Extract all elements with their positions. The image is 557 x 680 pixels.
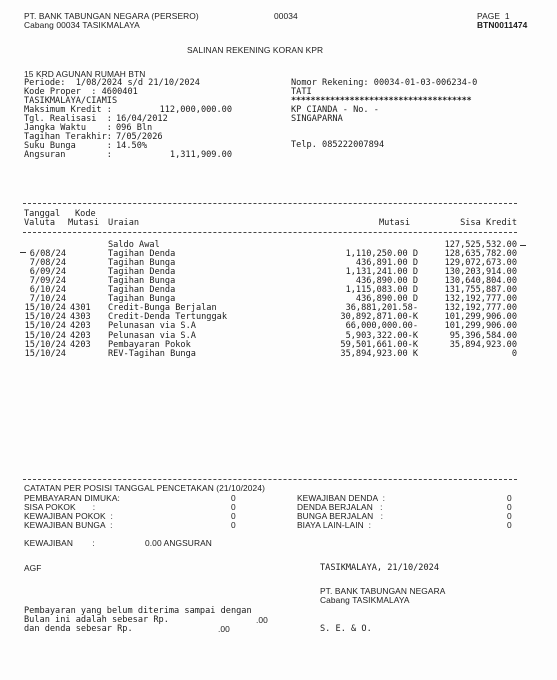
table-row: 15/10/24REV-Tagihan Bunga35,894,923.00 K… xyxy=(0,349,557,360)
margin-mark xyxy=(520,245,526,246)
branch-name: Cabang 00034 TASIKMALAYA xyxy=(24,20,140,31)
branch-code: 00034 xyxy=(274,11,298,22)
account-number: Nomor Rekening: 00034-01-03-006234-0 xyxy=(291,78,477,89)
margin-mark xyxy=(20,252,26,253)
transaction-amount: 35,894,923.00 K xyxy=(300,349,418,360)
note-line-3: dan denda sebesar Rp. xyxy=(24,624,133,635)
col-header-uraian: Uraian xyxy=(108,218,139,229)
document-title: SALINAN REKENING KORAN KPR xyxy=(187,45,323,56)
col-header-mutasi-code: Mutasi xyxy=(68,218,99,229)
customer-phone: Telp. 085222007894 xyxy=(291,140,384,151)
separator-line xyxy=(23,479,517,480)
loan-field-label: Angsuran : xyxy=(24,150,112,161)
note-line-2-value: .00 xyxy=(256,615,268,626)
remaining-balance: 0 xyxy=(430,349,517,360)
summary-value: 0 xyxy=(507,520,512,531)
kewajiban-label: KEWAJIBAN : xyxy=(24,538,95,549)
note-line-3-value: .00 xyxy=(218,624,230,635)
loan-field-value: 1,311,909.00 xyxy=(130,150,232,161)
col-header-mutasi: Mutasi xyxy=(350,218,410,229)
place-date: TASIKMALAYA, 21/10/2024 xyxy=(320,563,439,574)
summary-title: CATATAN PER POSISI TANGGAL PENCETAKAN (2… xyxy=(24,483,265,494)
summary-label: KEWAJIBAN BUNGA : xyxy=(24,520,113,531)
document-code: BTN0011474 xyxy=(477,20,527,31)
separator-line xyxy=(23,203,517,204)
transaction-date: 15/10/24 xyxy=(24,349,66,360)
col-header-valuta: Valuta xyxy=(24,218,55,229)
address-line-2: SINGAPARNA xyxy=(291,114,343,125)
col-header-sisa-kredit: Sisa Kredit xyxy=(430,218,517,229)
signer-branch: Cabang TASIKMALAYA xyxy=(320,595,410,606)
errors-omissions-note: S. E. & O. xyxy=(320,624,372,635)
summary-value: 0 xyxy=(231,520,236,531)
kewajiban-value: 0.00 ANGSURAN xyxy=(145,538,212,549)
transaction-description: REV-Tagihan Bunga xyxy=(108,349,196,360)
summary-label: BIAYA LAIN-LAIN : xyxy=(297,520,371,531)
operator-code: AGF xyxy=(24,563,42,574)
separator-line xyxy=(23,232,517,233)
